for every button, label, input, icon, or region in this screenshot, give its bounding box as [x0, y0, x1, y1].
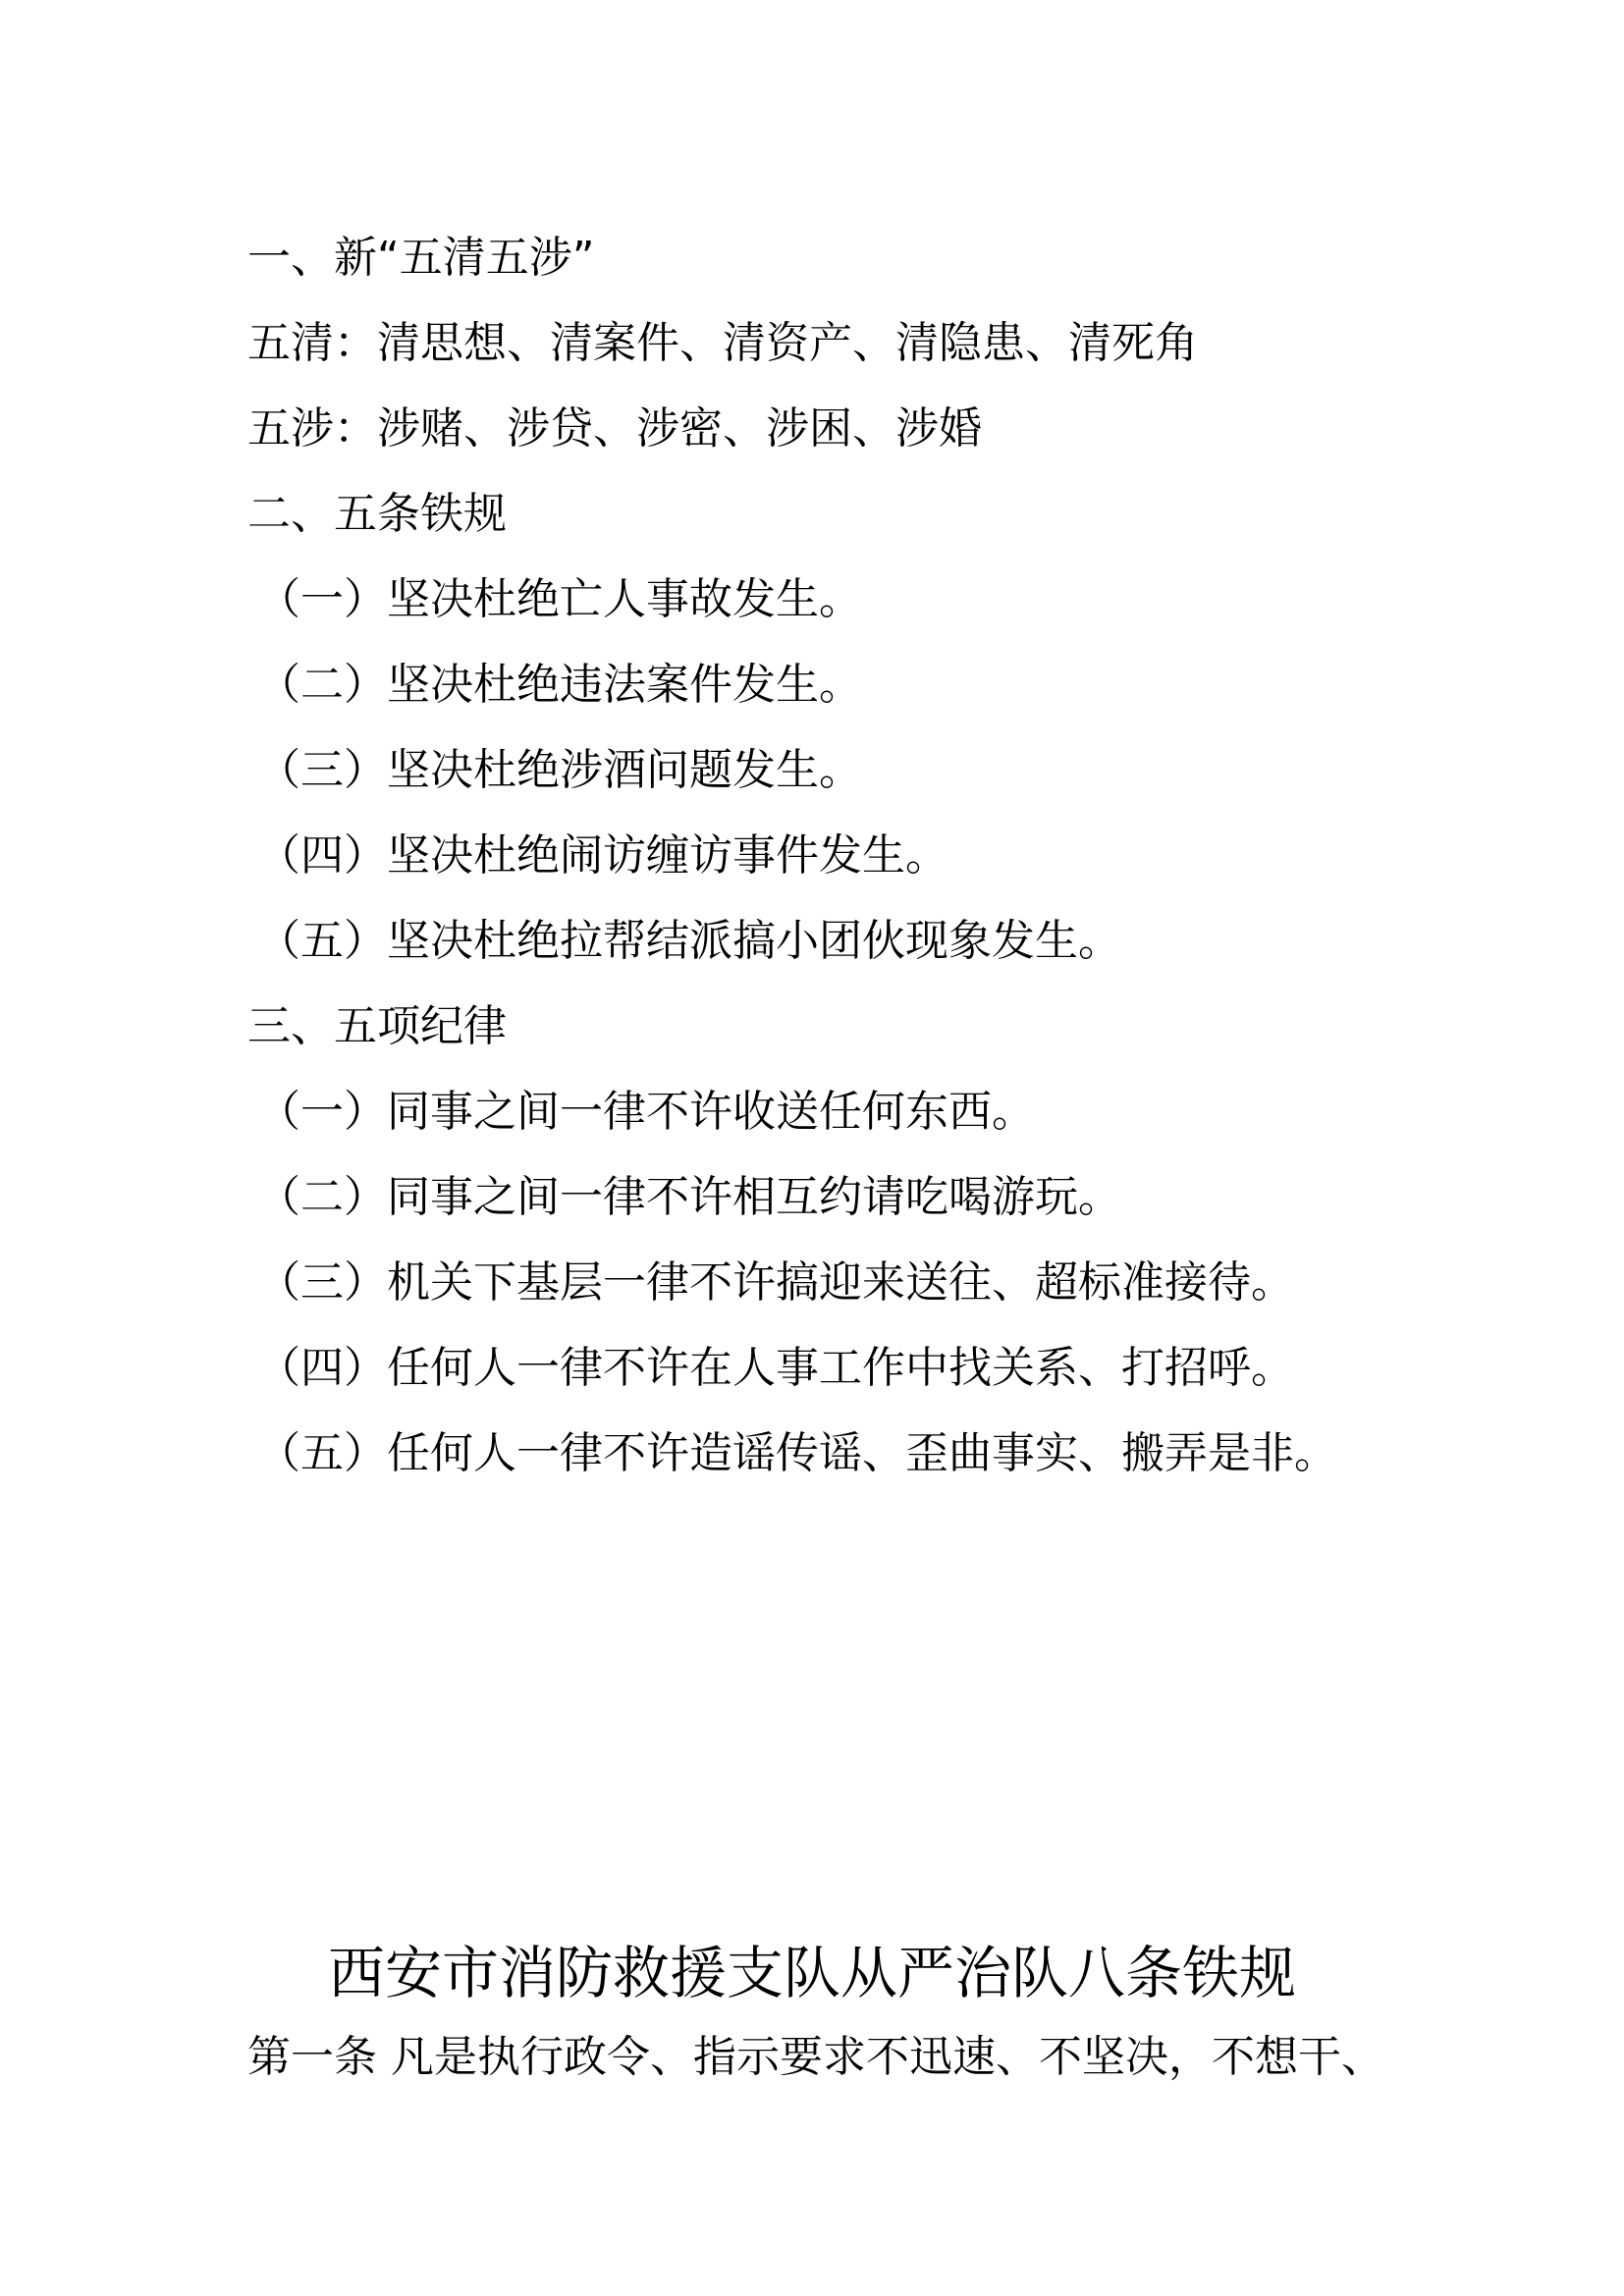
section1-heading: 一、新“五清五涉” — [247, 229, 595, 288]
regulations-title: 西安市消防救援支队从严治队八条铁规 — [0, 1938, 1624, 2008]
iron-rule-item: （一）坚决杜绝亡人事故发生。 — [257, 570, 862, 629]
wushe-line: 五涉：涉赌、涉贷、涉密、涉困、涉婚 — [247, 400, 982, 458]
document-page: 一、新“五清五涉” 五清：清思想、清案件、清资产、清隐患、清死角 五涉：涉赌、涉… — [0, 0, 1624, 2296]
discipline-item: （四）任何人一律不许在人事工作中找关系、打招呼。 — [257, 1339, 1294, 1398]
discipline-item: （五）任何人一律不许造谣传谣、歪曲事实、搬弄是非。 — [257, 1424, 1337, 1483]
wuqing-line: 五清：清思想、清案件、清资产、清隐患、清死角 — [247, 314, 1198, 373]
iron-rule-item: （二）坚决杜绝违法案件发生。 — [257, 656, 862, 715]
section3-heading: 三、五项纪律 — [247, 997, 507, 1056]
iron-rule-item: （五）坚决杜绝拉帮结派搞小团伙现象发生。 — [257, 912, 1121, 971]
article-1-line: 第一条 凡是执行政令、指示要求不迅速、不坚决，不想干、 — [247, 2028, 1384, 2087]
discipline-item: （一）同事之间一律不许收送任何东西。 — [257, 1083, 1035, 1142]
iron-rule-item: （四）坚决杜绝闹访缠访事件发生。 — [257, 827, 948, 885]
section2-heading: 二、五条铁规 — [247, 485, 507, 544]
discipline-item: （二）同事之间一律不许相互约请吃喝游玩。 — [257, 1168, 1121, 1227]
discipline-item: （三）机关下基层一律不许搞迎来送往、超标准接待。 — [257, 1254, 1294, 1312]
iron-rule-item: （三）坚决杜绝涉酒问题发生。 — [257, 741, 862, 800]
